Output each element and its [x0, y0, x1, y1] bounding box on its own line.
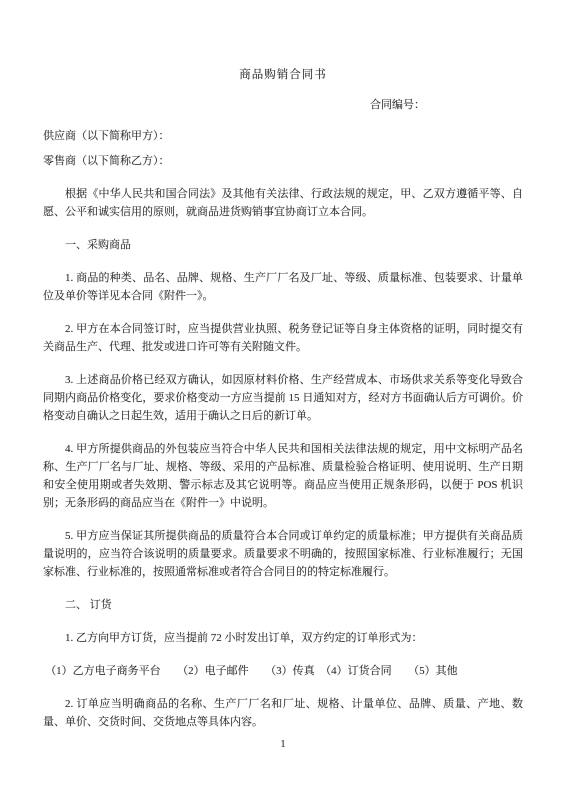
- clause-1-2-qualification-documents: 2. 甲方在本合同签订时，应当提供营业执照、税务登记证等自身主体资格的证明，同时…: [43, 320, 523, 356]
- contract-preamble: 根据《中华人民共和国合同法》及其他有关法律、行政法规的规定，甲、乙双方遵循平等、…: [43, 185, 523, 221]
- page-number: 1: [43, 737, 523, 751]
- contract-number-label: 合同编号：: [370, 98, 523, 112]
- clause-2-1-order-lead-time: 1. 乙方向甲方订货，应当提前 72 小时发出订单，双方约定的订单形式为：: [43, 629, 523, 647]
- clause-1-5-quality-standards: 5. 甲方应当保证其所提供商品的质量符合本合同或订单约定的质量标准；甲方提供有关…: [43, 527, 523, 581]
- retailer-party-line: 零售商（以下简称乙方）：: [43, 154, 523, 168]
- contract-document-page: 商品购销合同书 合同编号： 供应商（以下简称甲方）： 零售商（以下简称乙方）： …: [0, 0, 566, 800]
- clause-1-3-price-adjustment: 3. 上述商品价格已经双方确认，如因原材料价格、生产经营成本、市场供求关系等变化…: [43, 371, 523, 425]
- section-heading-ordering: 二、 订货: [43, 596, 523, 614]
- clause-2-2-order-contents: 2. 订单应当明确商品的名称、生产厂厂名和厂址、规格、计量单位、品牌、质量、产地…: [43, 695, 523, 731]
- clause-1-4-packaging-barcode: 4. 甲方所提供商品的外包装应当符合中华人民共和国相关法律法规的规定，用中文标明…: [43, 440, 523, 512]
- clause-1-1-goods-details: 1. 商品的种类、品名、品牌、规格、生产厂厂名及厂址、等级、质量标准、包装要求、…: [43, 269, 523, 305]
- order-form-options-line: （1）乙方电子商务平台 （2）电子邮件 （3）传真 （4）订货合同 （5）其他: [43, 662, 523, 680]
- supplier-party-line: 供应商（以下简称甲方）：: [43, 129, 523, 143]
- contract-title: 商品购销合同书: [43, 68, 523, 82]
- section-heading-purchase-goods: 一、采购商品: [43, 236, 523, 254]
